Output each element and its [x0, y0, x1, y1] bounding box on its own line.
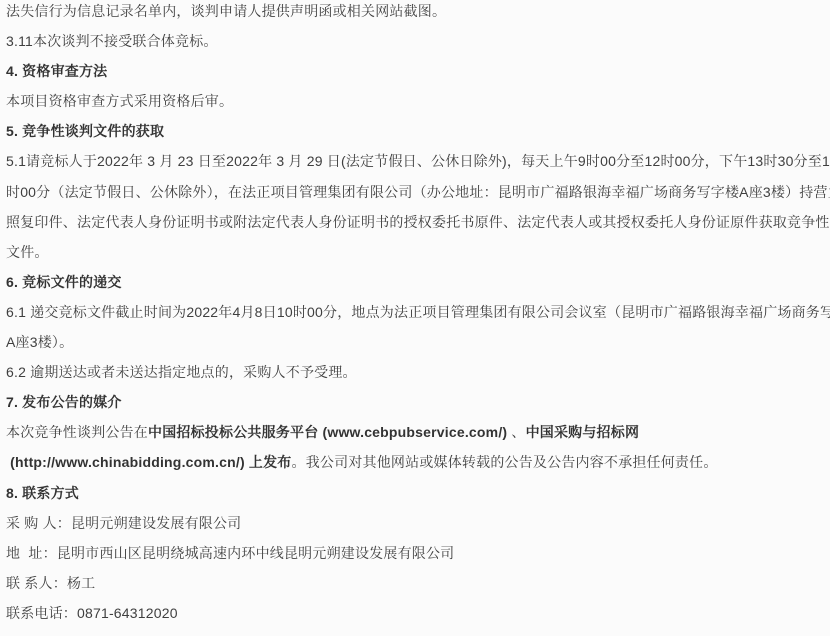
text-segment: 本项目资格审查方式采用资格后审。 — [6, 93, 233, 109]
document-line: 7. 发布公告的媒介 — [6, 387, 830, 417]
document-line: 采 购 人：昆明元朔建设发展有限公司 — [6, 508, 830, 538]
text-segment: 6.2 逾期送达或者未送达指定地点的，采购人不予受理。 — [6, 364, 357, 380]
text-segment: 3.11本次谈判不接受联合体竞标。 — [6, 33, 218, 49]
document-line: A座3楼）。 — [6, 327, 830, 357]
document-line: 时00分（法定节假日、公休除外），在法正项目管理集团有限公司（办公地址：昆明市广… — [6, 177, 830, 207]
text-segment: 5.1请竞标人于2022年 3 月 23 日至2022年 3 月 29 日(法定… — [6, 153, 830, 169]
text-segment: 法失信行为信息记录名单内，谈判申请人提供声明函或相关网站截图。 — [6, 3, 446, 19]
bold-text-segment: 中国采购与招标网 — [526, 424, 640, 440]
document-line: 本项目资格审查方式采用资格后审。 — [6, 86, 830, 116]
document-line: 6.2 逾期送达或者未送达指定地点的，采购人不予受理。 — [6, 357, 830, 387]
text-segment: 时00分（法定节假日、公休除外），在法正项目管理集团有限公司（办公地址：昆明市广… — [6, 184, 830, 200]
bold-text-segment: 6. 竞标文件的递交 — [6, 274, 122, 290]
document-line: 联 系人：杨工 — [6, 568, 830, 598]
document-line: 地 址：昆明市西山区昆明绕城高速内环中线昆明元朔建设发展有限公司 — [6, 538, 830, 568]
document-line: 5. 竞争性谈判文件的获取 — [6, 116, 830, 146]
text-segment: 采 购 人：昆明元朔建设发展有限公司 — [6, 515, 241, 531]
document-line: 8. 联系方式 — [6, 478, 830, 508]
document-line: 照复印件、法定代表人身份证明书或附法定代表人身份证明书的授权委托书原件、法定代表… — [6, 207, 830, 237]
text-segment: 联系电话：0871-64312020 — [6, 605, 178, 621]
document-line: 法失信行为信息记录名单内，谈判申请人提供声明函或相关网站截图。 — [6, 0, 830, 26]
text-segment: A座3楼）。 — [6, 334, 73, 350]
bold-text-segment: (http://www.chinabidding.com.cn/) 上发布 — [6, 454, 292, 470]
bold-text-segment: 8. 联系方式 — [6, 485, 79, 501]
document-line: 本次竞争性谈判公告在中国招标投标公共服务平台 (www.cebpubservic… — [6, 417, 830, 447]
text-segment: 联 系人：杨工 — [6, 575, 95, 591]
text-segment: 照复印件、法定代表人身份证明书或附法定代表人身份证明书的授权委托书原件、法定代表… — [6, 214, 830, 230]
text-segment: 地 址：昆明市西山区昆明绕城高速内环中线昆明元朔建设发展有限公司 — [6, 545, 454, 561]
text-segment: 、 — [507, 424, 525, 440]
document-line: 3.11本次谈判不接受联合体竞标。 — [6, 26, 830, 56]
document-line: 6. 竞标文件的递交 — [6, 267, 830, 297]
bold-text-segment: 中国招标投标公共服务平台 (www.cebpubservice.com/) — [148, 424, 507, 440]
document-line: 5.1请竞标人于2022年 3 月 23 日至2022年 3 月 29 日(法定… — [6, 146, 830, 176]
document-body: 法失信行为信息记录名单内，谈判申请人提供声明函或相关网站截图。3.11本次谈判不… — [6, 0, 830, 628]
bold-text-segment: 7. 发布公告的媒介 — [6, 394, 122, 410]
bold-text-segment: 4. 资格审查方法 — [6, 63, 107, 79]
text-segment: 。我公司对其他网站或媒体转载的公告及公告内容不承担任何责任。 — [292, 454, 718, 470]
document-line: 联系电话：0871-64312020 — [6, 598, 830, 628]
text-segment: 本次竞争性谈判公告在 — [6, 424, 148, 440]
text-segment: 6.1 递交竞标文件截止时间为2022年4月8日10时00分，地点为法正项目管理… — [6, 304, 830, 320]
tender-announcement-document: 法失信行为信息记录名单内，谈判申请人提供声明函或相关网站截图。3.11本次谈判不… — [0, 0, 830, 632]
document-line: 6.1 递交竞标文件截止时间为2022年4月8日10时00分，地点为法正项目管理… — [6, 297, 830, 327]
bold-text-segment: 5. 竞争性谈判文件的获取 — [6, 123, 164, 139]
document-line: 文件。 — [6, 237, 830, 267]
document-line: (http://www.chinabidding.com.cn/) 上发布。我公… — [6, 447, 830, 477]
document-line: 4. 资格审查方法 — [6, 56, 830, 86]
text-segment: 文件。 — [6, 244, 49, 260]
